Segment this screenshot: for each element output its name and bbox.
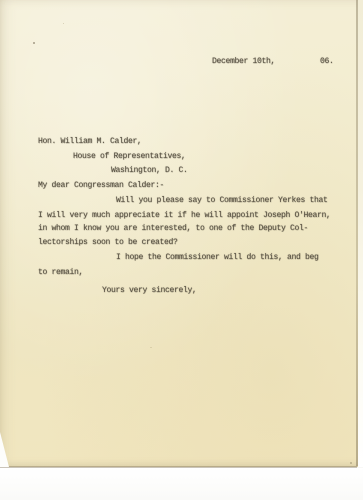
paper-speck: [350, 462, 352, 464]
paper-speck: [63, 23, 64, 24]
body-line: lectorships soon to be created?: [38, 238, 178, 247]
paper-right-margin: [358, 0, 363, 467]
scan-background-strip: [0, 468, 363, 500]
body-line: to remain,: [38, 268, 83, 277]
body-line: I will very much appreciate it if he wil…: [38, 211, 331, 220]
recipient-org-line: House of Representatives,: [73, 152, 186, 161]
date-text: December 10th,: [212, 57, 275, 66]
body-line: I hope the Commissioner will do this, an…: [116, 253, 319, 262]
paper-speck: [150, 347, 152, 348]
salutation: My dear Congressman Calder:-: [38, 181, 164, 190]
body-line: in whom I know you are interested, to on…: [38, 224, 308, 233]
date-line: December 10th,06.: [212, 57, 334, 66]
paper-right-edge-shadow: [356, 0, 358, 466]
recipient-city-line: Washington, D. C.: [111, 166, 188, 175]
closing-line: Yours very sincerely,: [102, 286, 197, 295]
paper-speck: [33, 42, 35, 44]
body-line: Will you please say to Commissioner Yerk…: [116, 196, 328, 205]
letter-paper: [0, 0, 363, 467]
recipient-name-line: Hon. William M. Calder,: [38, 137, 142, 146]
year-text: 06.: [320, 57, 334, 66]
letter-scan: December 10th,06. Hon. William M. Calder…: [0, 0, 363, 500]
